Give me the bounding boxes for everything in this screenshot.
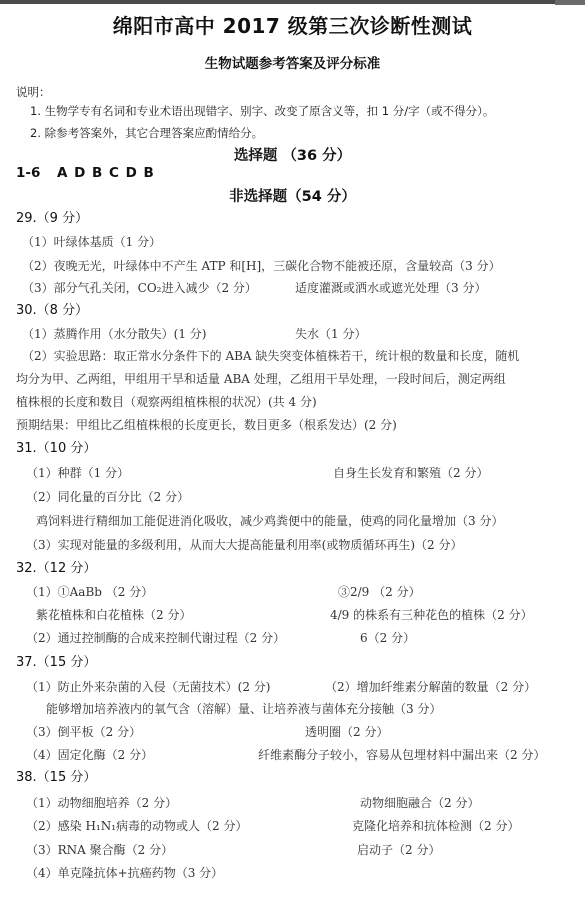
note-item-2: 2. 除参考答案外，其它合理答案应酌情给分。 <box>30 125 263 141</box>
question-32-head: 32.（12 分） <box>16 561 96 577</box>
q32-line-1: （1）①AaBb （2 分） <box>26 584 153 600</box>
choice-section-title: 选择题 （36 分） <box>0 144 585 165</box>
q29-line-3-right: 适度灌溉或洒水或遮光处理（3 分） <box>295 280 486 296</box>
q32-line-3: （2）通过控制酶的合成来控制代谢过程（2 分） <box>26 630 285 646</box>
q38-line-3-right: 启动子（2 分） <box>357 842 440 858</box>
q32-line-1-right: ③2/9 （2 分） <box>338 584 421 600</box>
q32-line-2: 紫花植株和白花植株（2 分） <box>36 607 191 623</box>
q31-line-1-right: 自身生长发育和繁殖（2 分） <box>333 465 488 481</box>
q37-line-4: （4）固定化酶（2 分） <box>26 747 153 763</box>
q31-line-1: （1）种群（1 分） <box>26 465 129 481</box>
question-38-head: 38.（15 分） <box>16 770 96 786</box>
q32-line-2-right: 4/9 的株系有三种花色的植株（2 分） <box>330 607 533 623</box>
question-31-head: 31.（10 分） <box>16 441 96 457</box>
q30-line-1: （1）蒸腾作用（水分散失）(1 分) <box>22 326 206 342</box>
q37-line-4-right: 纤维素酶分子较小，容易从包埋材料中漏出来（2 分） <box>258 747 545 763</box>
q38-line-2-right: 克隆化培养和抗体检测（2 分） <box>352 818 519 834</box>
page-subtitle: 生物试题参考答案及评分标准 <box>0 52 585 72</box>
choice-range: 1-6 <box>16 165 40 181</box>
q38-line-4: （4）单克隆抗体+抗癌药物（3 分） <box>26 865 223 881</box>
q30-line-3: 均分为甲、乙两组，甲组用干旱和适量 ABA 处理，乙组用干旱处理，一段时间后，测… <box>16 371 506 387</box>
question-30-head: 30.（8 分） <box>16 303 88 319</box>
q37-line-2: 能够增加培养液内的氧气含（溶解）量、让培养液与菌体充分接触（3 分） <box>46 701 441 717</box>
nonchoice-section-title: 非选择题（54 分） <box>0 185 585 206</box>
q32-line-3-right: 6（2 分） <box>360 630 415 646</box>
q38-line-1: （1）动物细胞培养（2 分） <box>26 795 177 811</box>
note-item-1: 1. 生物学专有名词和专业术语出现错字、别字、改变了原含义等，扣 1 分/字（或… <box>30 103 494 119</box>
q30-line-1-right: 失水（1 分） <box>295 326 366 342</box>
q29-line-3: （3）部分气孔关闭，CO₂进入减少（2 分） <box>22 280 257 296</box>
q30-line-4: 植株根的长度和数目（观察两组植株根的状况）(共 4 分) <box>16 394 317 410</box>
q37-line-1: （1）防止外来杂菌的入侵（无菌技术）(2 分) <box>26 679 270 695</box>
notes-label: 说明： <box>16 84 51 100</box>
q37-line-3-right: 透明圈（2 分） <box>305 724 388 740</box>
q38-line-2: （2）感染 H₁N₁病毒的动物或人（2 分） <box>26 818 248 834</box>
q37-line-1-right: （2）增加纤维素分解菌的数量（2 分） <box>325 679 536 695</box>
q38-line-1-right: 动物细胞融合（2 分） <box>360 795 479 811</box>
q31-line-2: （2）同化量的百分比（2 分） <box>26 489 189 505</box>
q31-line-4: （3）实现对能量的多级利用，从而大大提高能量利用率(或物质循环再生)（2 分） <box>26 537 462 553</box>
top-bar <box>0 0 585 4</box>
q38-line-3: （3）RNA 聚合酶（2 分） <box>26 842 173 858</box>
q30-line-5: 预期结果：甲组比乙组植株根的长度更长，数目更多（根系发达）(2 分) <box>16 417 397 433</box>
q29-line-1: （1）叶绿体基质（1 分） <box>22 234 161 250</box>
question-29-head: 29.（9 分） <box>16 211 88 227</box>
q30-line-2: （2）实验思路：取正常水分条件下的 ABA 缺失突变体植株若干，统计根的数量和长… <box>22 348 519 364</box>
q31-line-3: 鸡饲料进行精细加工能促进消化吸收，减少鸡粪便中的能量，使鸡的同化量增加（3 分） <box>36 513 503 529</box>
q37-line-3: （3）倒平板（2 分） <box>26 724 141 740</box>
q29-line-2: （2）夜晚无光，叶绿体中不产生 ATP 和[H]，三碳化合物不能被还原，含量较高… <box>22 258 501 274</box>
top-bar-corner <box>555 0 585 5</box>
question-37-head: 37.（15 分） <box>16 655 96 671</box>
choice-answers: A D B C D B <box>57 165 155 181</box>
page-title: 绵阳市高中 2017 级第三次诊断性测试 <box>0 10 585 39</box>
